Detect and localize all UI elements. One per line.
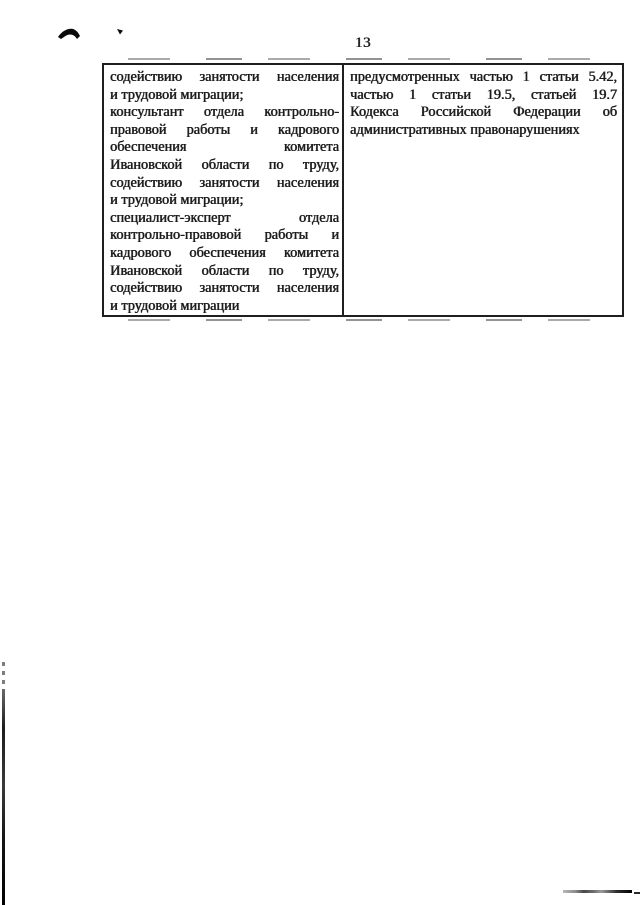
table-cell-line: Ивановской области по труду, (110, 263, 339, 281)
table-cell-offenses: предусмотренных частью 1 статьи 5.42,час… (344, 65, 622, 315)
table-cell-line: частью 1 статьи 19.5, статьей 19.7 (350, 87, 617, 105)
scanned-document-page: 13 содействию занятости населенияи трудо… (0, 0, 640, 905)
table-cell-line: содействию занятости населения (110, 280, 339, 298)
table-cell-line: контрольно-правовой работы и (110, 227, 339, 245)
table-top-ghost-line (102, 58, 624, 60)
document-table: содействию занятости населенияи трудовой… (102, 63, 624, 317)
table-cell-line: содействию занятости населения (110, 175, 339, 193)
table-cell-line: специалист-эксперт отдела (110, 210, 339, 228)
table-cell-line: кадрового обеспечения комитета (110, 245, 339, 263)
left-edge-scan-streak-dashes (2, 662, 5, 689)
table-cell-line: предусмотренных частью 1 статьи 5.42, (350, 69, 617, 87)
table-cell-line: содействию занятости населения (110, 69, 339, 87)
bottom-right-scan-dash (634, 892, 640, 894)
table-cell-line: административных правонарушениях (350, 122, 617, 140)
table-bottom-ghost-line (102, 319, 624, 321)
table-cell-line: и трудовой миграции; (110, 87, 339, 105)
table-cell-line: и трудовой миграции; (110, 192, 339, 210)
ink-smudge-artifact (55, 24, 85, 44)
table-cell-line: консультант отдела контрольно- (110, 104, 339, 122)
table-cell-line: и трудовой миграции (110, 298, 339, 315)
left-edge-scan-streak (2, 689, 5, 905)
table-cell-line: Ивановской области по труду, (110, 157, 339, 175)
table-cell-line: правовой работы и кадрового (110, 122, 339, 140)
table-cell-line: обеспечения комитета (110, 139, 339, 157)
page-number: 13 (102, 35, 624, 52)
table-cell-line: Кодекса Российской Федерации об (350, 104, 617, 122)
table-cell-positions: содействию занятости населенияи трудовой… (104, 65, 344, 315)
bottom-right-scan-streak (563, 890, 632, 893)
